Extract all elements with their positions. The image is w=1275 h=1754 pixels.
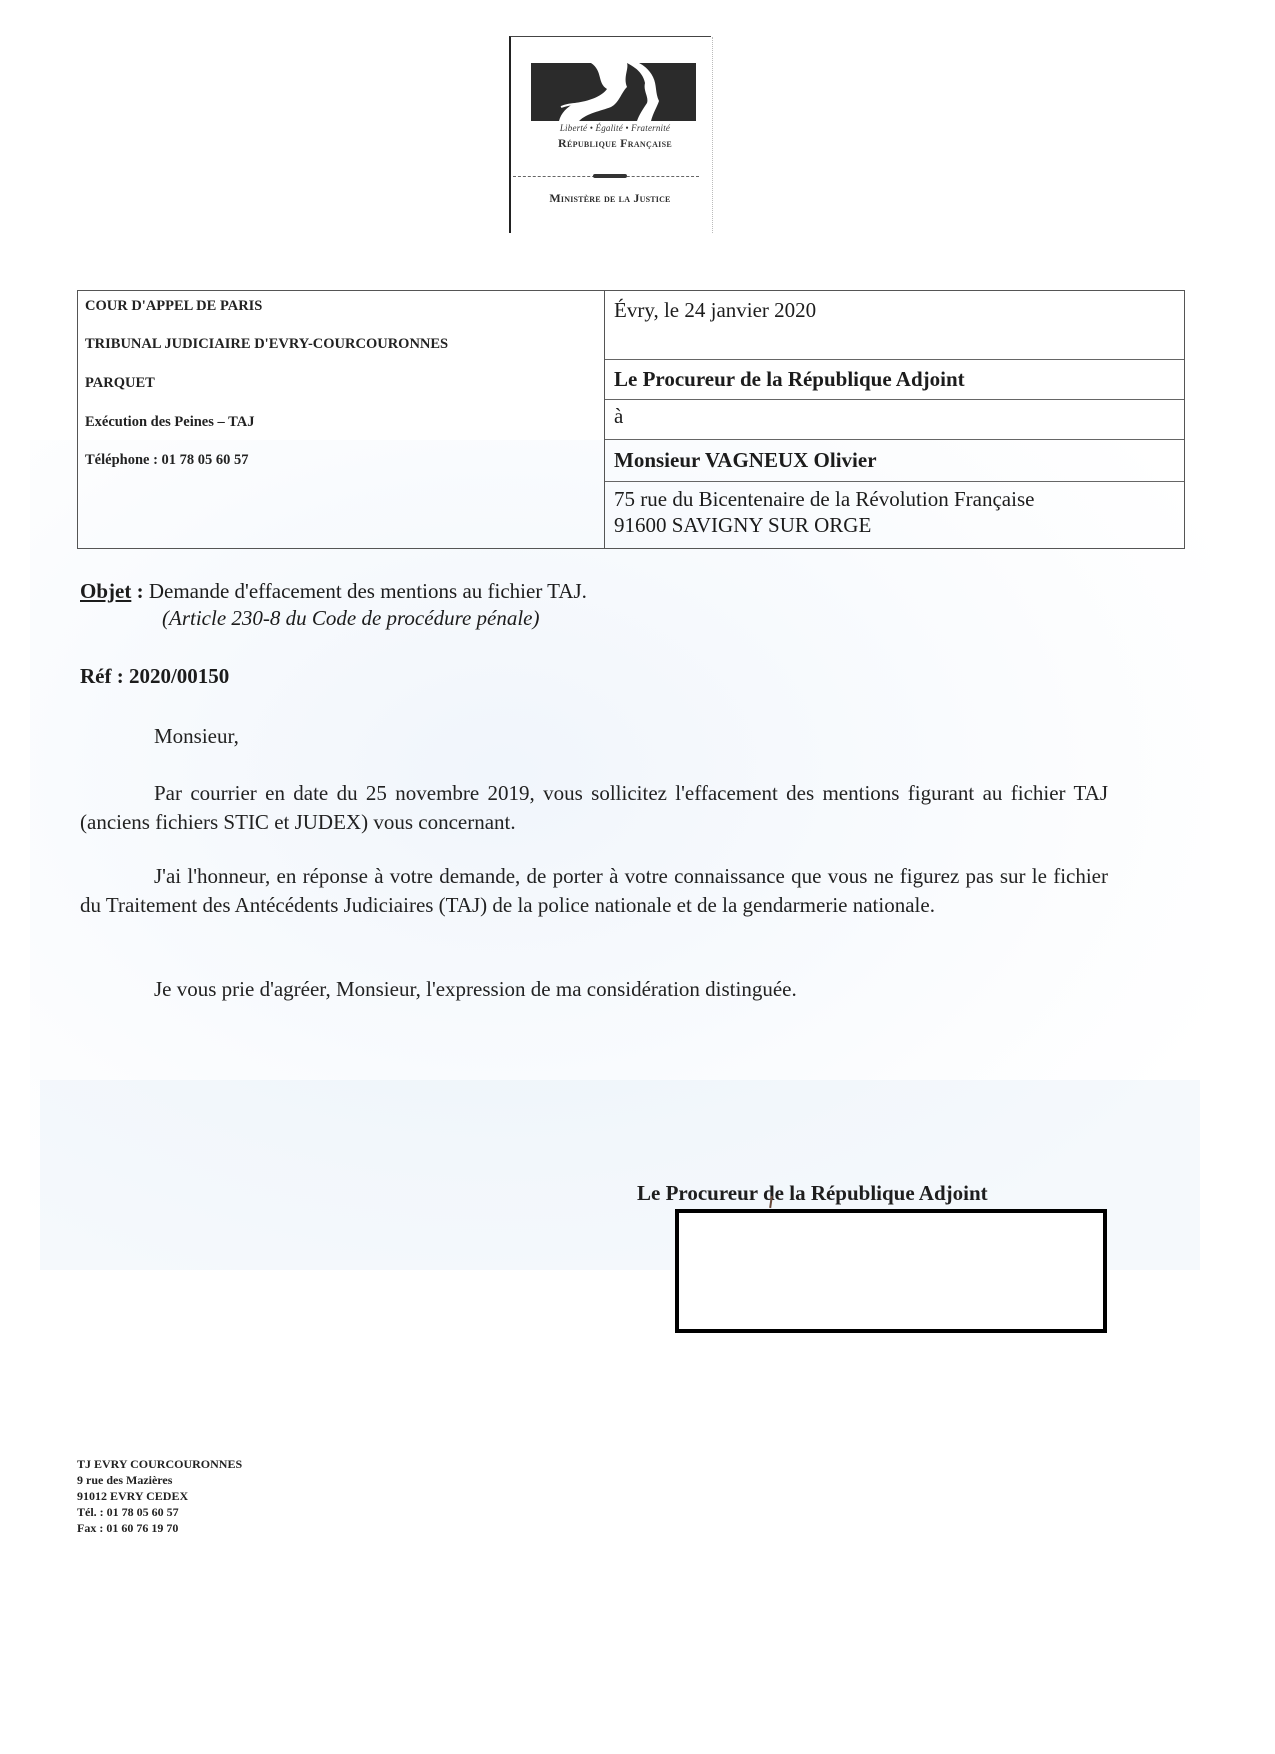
footer-phone: Tél. : 01 78 05 60 57: [77, 1504, 242, 1520]
reference-number: Réf : 2020/00150: [80, 664, 229, 689]
salutation: Monsieur,: [80, 722, 1108, 751]
ministry-name: Ministère de la Justice: [515, 191, 705, 206]
footer-fax: Fax : 01 60 76 19 70: [77, 1520, 242, 1536]
scan-background-tint: [30, 440, 1210, 1270]
sender-title: Le Procureur de la République Adjoint: [605, 360, 1184, 400]
subject-article: (Article 230-8 du Code de procédure péna…: [162, 606, 540, 631]
footer-address: TJ EVRY COURCOURONNES 9 rue des Mazières…: [77, 1456, 242, 1536]
ministry-logo-block: Liberté • Égalité • Fraternité Républiqu…: [509, 36, 711, 233]
closing-paragraph: Je vous prie d'agréer, Monsieur, l'expre…: [80, 975, 1108, 1004]
recipient-info-cell: Évry, le 24 janvier 2020 Le Procureur de…: [605, 291, 1184, 548]
subject-text: Demande d'effacement des mentions au fic…: [149, 579, 587, 603]
footer-city: 91012 EVRY CEDEX: [77, 1488, 242, 1504]
logo-divider-mark: [593, 174, 627, 178]
recipient-name: Monsieur VAGNEUX Olivier: [605, 440, 1184, 482]
office-name: PARQUET: [85, 375, 155, 392]
address-line-1: 75 rue du Bicentenaire de la Révolution …: [614, 486, 1184, 512]
footer-court: TJ EVRY COURCOURONNES: [77, 1456, 242, 1472]
subject-separator: :: [131, 579, 149, 603]
letter-date: Évry, le 24 janvier 2020: [605, 291, 1184, 360]
to-label: à: [605, 400, 1184, 440]
subject-line: Objet : Demande d'effacement des mention…: [80, 578, 587, 605]
address-line-2: 91600 SAVIGNY SUR ORGE: [614, 512, 1184, 538]
body-paragraph-1: Par courrier en date du 25 novembre 2019…: [80, 779, 1108, 837]
service-name: Exécution des Peines – TAJ: [85, 414, 254, 431]
signature-title: Le Procureur de la République Adjoint: [637, 1181, 988, 1206]
footer-street: 9 rue des Mazières: [77, 1472, 242, 1488]
sender-info-cell: COUR D'APPEL DE PARIS TRIBUNAL JUDICIAIR…: [78, 291, 605, 548]
body-paragraph-2: J'ai l'honneur, en réponse à votre deman…: [80, 862, 1108, 920]
recipient-address: 75 rue du Bicentenaire de la Révolution …: [605, 482, 1184, 548]
service-phone: Téléphone : 01 78 05 60 57: [85, 452, 249, 469]
subject-label: Objet: [80, 579, 131, 603]
logo-frame-edge: [712, 37, 713, 233]
letter-header-table: COUR D'APPEL DE PARIS TRIBUNAL JUDICIAIR…: [77, 290, 1185, 549]
republic-name: République Française: [525, 136, 705, 151]
redacted-signature-box: [675, 1209, 1107, 1333]
court-name: COUR D'APPEL DE PARIS: [85, 298, 262, 315]
republic-motto: Liberté • Égalité • Fraternité: [525, 123, 705, 133]
marianne-logo-icon: [531, 63, 696, 121]
tribunal-name: TRIBUNAL JUDICIAIRE D'EVRY-COURCOURONNES: [85, 336, 448, 353]
